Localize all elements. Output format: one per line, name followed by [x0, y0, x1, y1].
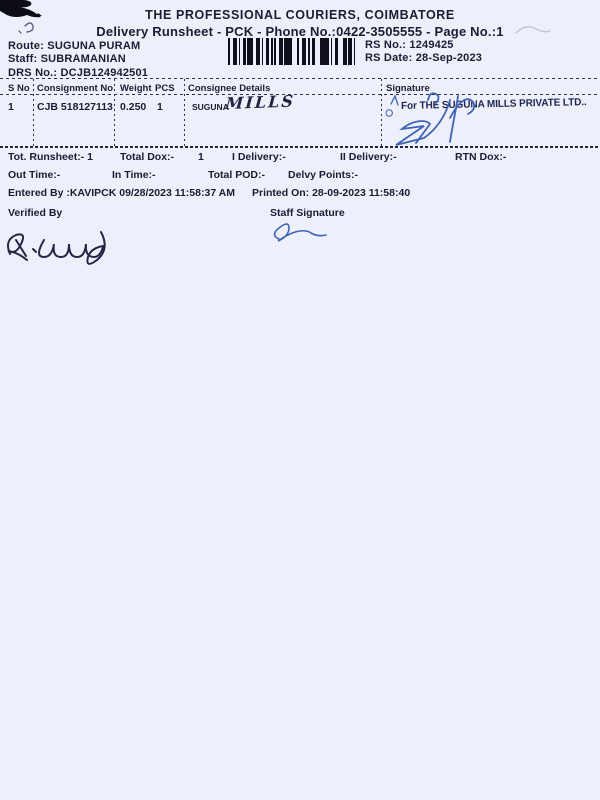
- delvy-points-field: Delvy Points:-: [288, 169, 358, 181]
- column-header-pcs: PCS: [155, 83, 175, 94]
- rs-no-field: RS No.: 1249425: [365, 39, 454, 51]
- consignee-signature: [380, 88, 500, 150]
- column-divider: [184, 79, 185, 147]
- entered-by-field: Entered By :KAVIPCK 09/28/2023 11:58:37 …: [8, 187, 235, 199]
- tot-runsheet-field: Tot. Runsheet:- 1: [8, 151, 93, 163]
- cell-weight: 0.250: [120, 101, 146, 113]
- table-bottom-separator: [0, 146, 600, 148]
- i-delivery-field: I Delivery:-: [232, 151, 286, 163]
- verified-by-signature: [2, 218, 132, 268]
- out-time-field: Out Time:-: [8, 169, 60, 181]
- total-pod-field: Total POD:-: [208, 169, 265, 181]
- route-field: Route: SUGUNA PURAM: [8, 40, 140, 52]
- column-divider: [33, 79, 34, 147]
- staff-field: Staff: SUBRAMANIAN: [8, 53, 126, 65]
- cell-sno: 1: [8, 101, 14, 113]
- cell-consignee-printed: SUGUNA: [192, 102, 229, 112]
- in-time-field: In Time:-: [112, 169, 156, 181]
- cell-pcs: 1: [157, 101, 163, 113]
- company-name: THE PROFESSIONAL COURIERS, COIMBATORE: [0, 8, 600, 22]
- cell-consignment-no: CJB 518127113: [37, 101, 113, 113]
- column-divider: [114, 79, 115, 147]
- printed-on-field: Printed On: 28-09-2023 11:58:40: [252, 187, 410, 199]
- table-top-separator: [0, 78, 600, 80]
- barcode: [228, 38, 356, 65]
- column-header-weight: Weight: [120, 83, 152, 94]
- runsheet-subtitle: Delivery Runsheet - PCK - Phone No.:0422…: [0, 24, 600, 39]
- column-header-consignment: Consignment No: [37, 83, 113, 94]
- scanned-runsheet-document: THE PROFESSIONAL COURIERS, COIMBATORE De…: [0, 0, 600, 800]
- consignee-handwriting: MILLS: [225, 92, 296, 113]
- rs-date-field: RS Date: 28-Sep-2023: [365, 52, 482, 64]
- staff-signature-scrawl: [266, 218, 330, 246]
- total-dox-value: 1: [198, 151, 204, 163]
- ii-delivery-field: II Delivery:-: [340, 151, 397, 163]
- total-dox-label: Total Dox:-: [120, 151, 174, 163]
- table-header-separator: [0, 94, 600, 96]
- rtn-dox-field: RTN Dox:-: [455, 151, 506, 163]
- column-header-sno: S No: [8, 83, 30, 94]
